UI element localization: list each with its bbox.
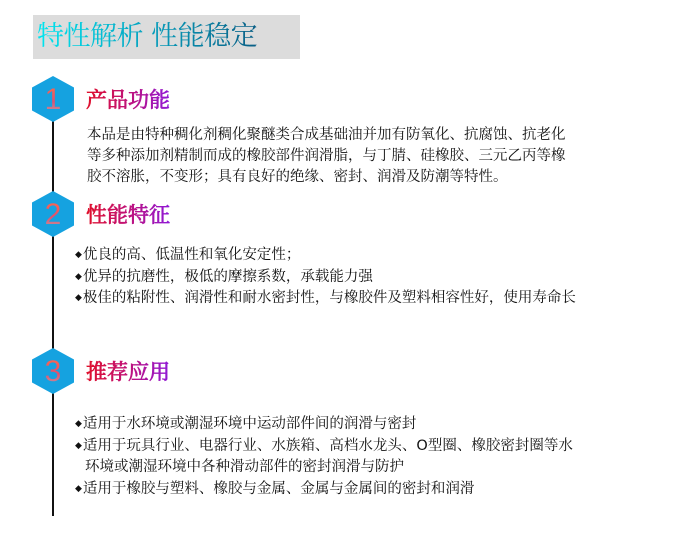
step-number: 1 (45, 85, 62, 115)
description-line: 等多种添加剂精制而成的橡胶部件润滑脂，与丁腈、硅橡胶、三元乙丙等橡 (87, 146, 647, 167)
step-2-hexagon-icon: 2 (32, 191, 74, 237)
diamond-bullet-icon: ◆ (75, 484, 82, 494)
step-3-hexagon-icon: 3 (32, 348, 74, 394)
diamond-bullet-icon: ◆ (75, 293, 82, 303)
diamond-bullet-icon: ◆ (75, 419, 82, 429)
step-number: 2 (45, 200, 62, 230)
section-title-product-function: 产品功能 (86, 87, 170, 113)
diamond-bullet-icon: ◆ (75, 441, 82, 451)
page-title: 特性解析 性能稳定 (37, 21, 257, 52)
list-item: ◆极佳的粘附性、润滑性和耐水密封性，与橡胶件及塑料相容性好，使用寿命长 (75, 288, 576, 310)
diamond-bullet-icon: ◆ (75, 272, 82, 282)
recommended-applications-list: ◆适用于水环境或潮湿环境中运动部件间的润滑与密封 ◆适用于玩具行业、电器行业、水… (75, 414, 573, 500)
list-item: ◆优良的高、低温性和氧化安定性； (75, 245, 576, 267)
section-title-recommended-applications: 推荐应用 (86, 359, 170, 385)
page-title-box: 特性解析 性能稳定 (33, 15, 300, 59)
performance-features-list: ◆优良的高、低温性和氧化安定性； ◆优异的抗磨性，极低的摩擦系数，承载能力强 ◆… (75, 245, 576, 310)
diamond-bullet-icon: ◆ (75, 250, 82, 260)
section-title-performance-features: 性能特征 (86, 202, 170, 228)
list-item: ◆适用于橡胶与塑料、橡胶与金属、金属与金属间的密封和润滑 (75, 479, 573, 501)
list-item-continuation: 环境或潮湿环境中各种滑动部件的密封润滑与防护 (75, 457, 573, 479)
list-item: ◆优异的抗磨性，极低的摩擦系数，承载能力强 (75, 267, 576, 289)
step-number: 3 (45, 357, 62, 387)
list-item: ◆适用于玩具行业、电器行业、水族箱、高档水龙头、O型圈、橡胶密封圈等水 (75, 436, 573, 458)
description-line: 胶不溶胀，不变形；具有良好的绝缘、密封、润滑及防潮等特性。 (87, 167, 647, 188)
product-function-description: 本品是由特种稠化剂稠化聚醚类合成基础油并加有防氧化、抗腐蚀、抗老化 等多种添加剂… (87, 125, 647, 188)
description-line: 本品是由特种稠化剂稠化聚醚类合成基础油并加有防氧化、抗腐蚀、抗老化 (87, 125, 647, 146)
list-item: ◆适用于水环境或潮湿环境中运动部件间的润滑与密封 (75, 414, 573, 436)
timeline-line (52, 110, 54, 516)
step-1-hexagon-icon: 1 (32, 76, 74, 122)
